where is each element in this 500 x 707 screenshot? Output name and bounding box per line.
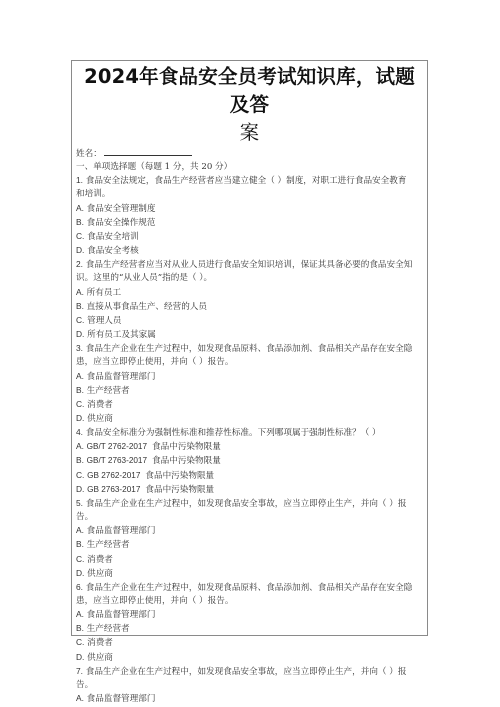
option-d: D. 所有员工及其家属 — [76, 328, 424, 342]
option-b: B. 生产经营者 — [76, 384, 424, 398]
question-text: 3. 食品生产企业在生产过程中，如发现食品原料、食品添加剂、食品相关产品存在安全… — [76, 342, 424, 356]
question-text: 6. 食品生产企业在生产过程中，如发现食品原料、食品添加剂、食品相关产品存在安全… — [76, 581, 424, 595]
document-body: 姓名： 一、单项选择题（每题 1 分，共 20 分） 1. 食品安全法规定，食品… — [72, 147, 427, 706]
question-text-cont: 告。 — [76, 511, 424, 524]
question-text: 4. 食品安全标准分为强制性标准和推荐性标准。下列哪项属于强制性标准？（ ） — [76, 426, 424, 440]
question-text: 5. 食品生产企业在生产过程中，如发现食品安全事故，应当立即停止生产，并向（ ）… — [76, 497, 424, 511]
question-text-cont: 和培训。 — [76, 188, 424, 201]
question-6: 6. 食品生产企业在生产过程中，如发现食品原料、食品添加剂、食品相关产品存在安全… — [76, 581, 424, 665]
name-blank-line — [104, 147, 192, 156]
section-heading: 一、单项选择题（每题 1 分，共 20 分） — [76, 161, 424, 174]
option-b: B. 生产经营者 — [76, 538, 424, 552]
title-line-1: 2024年食品安全员考试知识库，试题及答 — [76, 63, 423, 119]
option-d: D. GB 2763-2017食品中污染物限量 — [76, 483, 424, 497]
option-a: A. 食品安全管理制度 — [76, 202, 424, 216]
option-a: A. 食品监督管理部门 — [76, 608, 424, 622]
question-text: 2. 食品生产经营者应当对从业人员进行食品安全知识培训，保证其具备必要的食品安全… — [76, 258, 424, 272]
option-c: C. 管理人员 — [76, 314, 424, 328]
document-title: 2024年食品安全员考试知识库，试题及答 案 — [72, 63, 427, 147]
question-text-cont: 告。 — [76, 679, 424, 692]
question-text: 7. 食品生产企业在生产过程中，如发现食品安全事故，应当立即停止生产，并向（ ）… — [76, 665, 424, 679]
question-4: 4. 食品安全标准分为强制性标准和推荐性标准。下列哪项属于强制性标准？（ ） A… — [76, 426, 424, 497]
question-3: 3. 食品生产企业在生产过程中，如发现食品原料、食品添加剂、食品相关产品存在安全… — [76, 342, 424, 426]
title-line-2: 案 — [76, 119, 423, 147]
option-b: B. 直接从事食品生产、经营的人员 — [76, 300, 424, 314]
question-text-cont: 识。这里的“从业人员”指的是（ ）。 — [76, 272, 424, 285]
option-a: A. 食品监督管理部门 — [76, 524, 424, 538]
option-a: A. 食品监督管理部门 — [76, 692, 424, 706]
option-d: D. 供应商 — [76, 412, 424, 426]
option-d: D. 食品安全考核 — [76, 244, 424, 258]
question-text-cont: 患，应当立即停止使用，并向（ ）报告。 — [76, 356, 424, 369]
option-a: A. GB/T 2762-2017食品中污染物限量 — [76, 440, 424, 454]
question-1: 1. 食品安全法规定，食品生产经营者应当建立健全（ ）制度，对职工进行食品安全教… — [76, 174, 424, 258]
name-field-row: 姓名： — [76, 147, 424, 161]
option-c: C. 消费者 — [76, 553, 424, 567]
option-a: A. 食品监督管理部门 — [76, 370, 424, 384]
option-d: D. 供应商 — [76, 651, 424, 665]
option-c: C. 食品安全培训 — [76, 230, 424, 244]
question-7: 7. 食品生产企业在生产过程中，如发现食品安全事故，应当立即停止生产，并向（ ）… — [76, 665, 424, 706]
question-text-cont: 患，应当立即停止使用，并向（ ）报告。 — [76, 595, 424, 608]
question-text: 1. 食品安全法规定，食品生产经营者应当建立健全（ ）制度，对职工进行食品安全教… — [76, 174, 424, 188]
option-b: B. 生产经营者 — [76, 622, 424, 636]
question-2: 2. 食品生产经营者应当对从业人员进行食品安全知识培训，保证其具备必要的食品安全… — [76, 258, 424, 342]
name-label: 姓名： — [76, 149, 102, 159]
question-5: 5. 食品生产企业在生产过程中，如发现食品安全事故，应当立即停止生产，并向（ ）… — [76, 497, 424, 581]
option-a: A. 所有员工 — [76, 286, 424, 300]
option-b: B. 食品安全操作规范 — [76, 216, 424, 230]
option-c: C. GB 2762-2017食品中污染物限量 — [76, 469, 424, 483]
option-b: B. GB/T 2763-2017食品中污染物限量 — [76, 454, 424, 468]
document-page: 2024年食品安全员考试知识库，试题及答 案 姓名： 一、单项选择题（每题 1 … — [71, 60, 428, 636]
option-c: C. 消费者 — [76, 636, 424, 650]
option-c: C. 消费者 — [76, 398, 424, 412]
option-d: D. 供应商 — [76, 567, 424, 581]
